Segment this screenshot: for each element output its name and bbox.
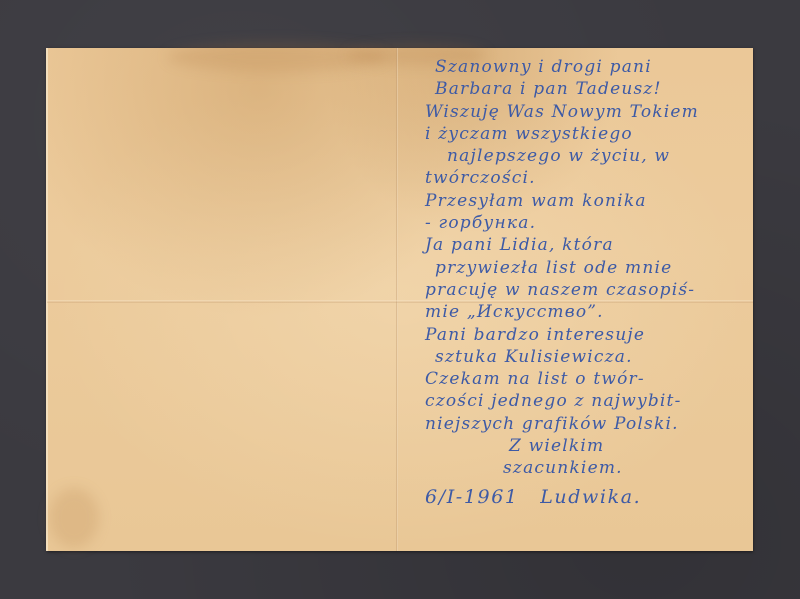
closing-line: szacunkiem. — [425, 457, 755, 479]
letter-line: i życzam wszystkiego — [425, 123, 755, 145]
letter-line: najlepszego w życiu, w — [425, 145, 755, 167]
letter-line: czości jednego z najwybit- — [425, 390, 755, 412]
letter-line: Szanowny i drogi pani — [425, 56, 755, 78]
letter-text: Szanowny i drogi pani Barbara i pan Tade… — [425, 56, 755, 508]
letter-line: sztuka Kulisiewicza. — [425, 346, 755, 368]
letter-line: przywiezła list ode mnie — [425, 257, 755, 279]
date-signature-line: 6/I-1961 Ludwika. — [425, 486, 755, 508]
letter-sheet: Szanowny i drogi pani Barbara i pan Tade… — [47, 48, 753, 551]
letter-line: Ja pani Lidia, która — [425, 234, 755, 256]
letter-line: pracuję w naszem czasopiś- — [425, 279, 755, 301]
water-stain — [49, 488, 99, 548]
closing-line: Z wielkim — [425, 435, 755, 457]
letter-line: mie „Искусство”. — [425, 301, 755, 323]
signature: Ludwika. — [540, 486, 641, 508]
letter-line: niejszych grafików Polski. — [425, 413, 755, 435]
letter-line: twórczości. — [425, 167, 755, 189]
letter-date: 6/I-1961 — [425, 486, 519, 508]
letter-line: Pani bardzo interesuje — [425, 324, 755, 346]
letter-line: Barbara i pan Tadeusz! — [425, 78, 755, 100]
letter-line: Czekam na list o twór- — [425, 368, 755, 390]
letter-line: - горбунка. — [425, 212, 755, 234]
letter-line: Wiszuję Was Nowym Tokiem — [425, 101, 755, 123]
letter-line: Przesyłam wam konika — [425, 190, 755, 212]
